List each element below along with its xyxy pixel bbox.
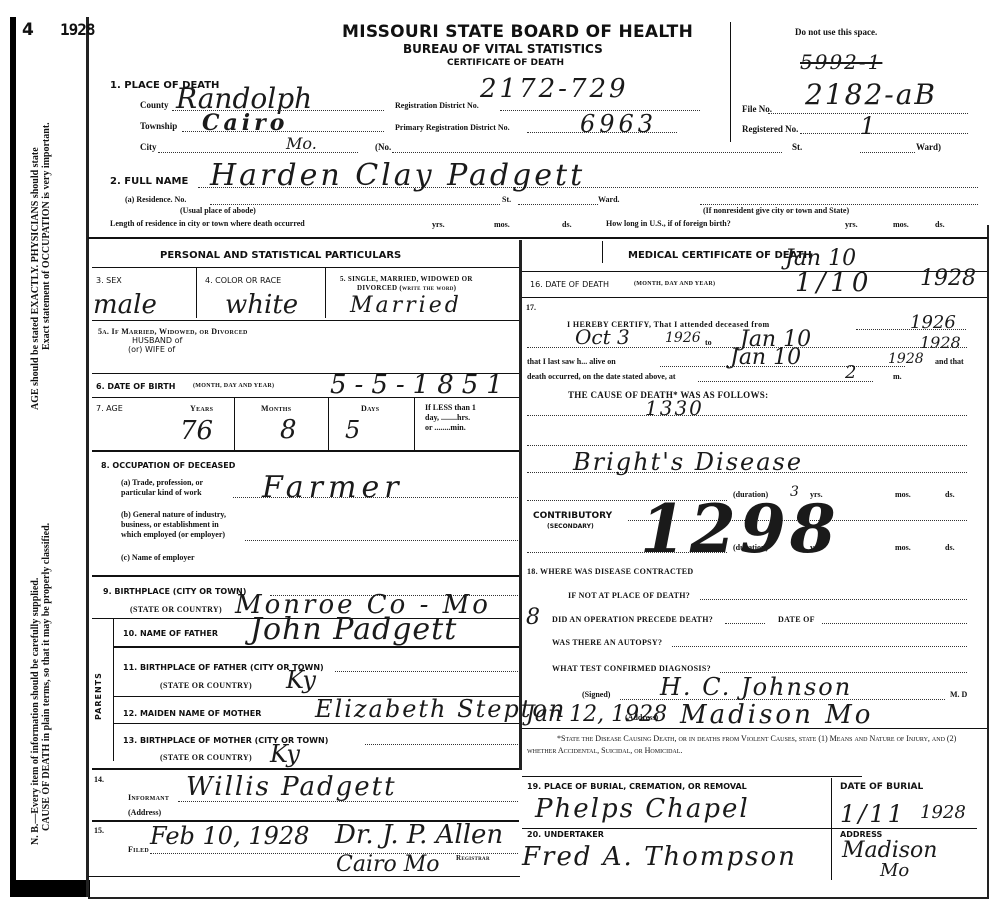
file-number-value: 2182-aB [805, 78, 937, 111]
death-occurred-label: death occurred, on the date stated above… [527, 372, 676, 381]
dod-label: 16. DATE OF DEATH [530, 280, 609, 289]
undertaker-address-state: Mo [880, 860, 909, 881]
mother-maiden-name-label: 12. MAIDEN NAME OF MOTHER [123, 709, 261, 718]
cause-value: Bright's Disease [573, 448, 803, 476]
registrar-name-value: Dr. J. P. Allen [335, 820, 503, 850]
burial-place-label: 19. PLACE OF BURIAL, CREMATION, OR REMOV… [527, 782, 747, 791]
full-name-label: 2. FULL NAME [110, 176, 188, 187]
father-name-value: John Padgett [250, 612, 457, 647]
personal-section-title: PERSONAL AND STATISTICAL PARTICULARS [160, 250, 401, 261]
informant-label: Informant [128, 793, 169, 802]
st-label: St. [792, 142, 802, 152]
attended-from-date: Oct 3 [575, 325, 630, 349]
registrar-address-value: Cairo Mo [336, 852, 440, 877]
margin-note-bottom: N. B.—Every item of information should b… [30, 415, 52, 845]
file-number-struck: 5992-1 [800, 50, 882, 74]
father-birthplace-value: Ky [286, 666, 316, 694]
header-divider [730, 22, 731, 142]
burial-place-value: Phelps Chapel [535, 794, 750, 824]
undertaker-value: Fred A. Thompson [522, 842, 797, 872]
marital-status-value: Married [350, 293, 462, 318]
cause-footnote: *State the Disease Causing Death, or in … [527, 733, 977, 757]
classification-stamp: 1298 [640, 490, 840, 568]
certificate-title: CERTIFICATE OF DEATH [447, 58, 564, 68]
informant-value: Willis Padgett [186, 772, 397, 802]
registration-district-value: 2172-729 [480, 74, 629, 104]
ward-label: Ward) [916, 142, 941, 152]
last-saw-label: that I last saw h... alive on [527, 357, 616, 366]
father-name-label: 10. NAME OF FATHER [123, 629, 218, 638]
cause-code-value: 1330 [645, 396, 704, 420]
attended-from-year-hw: 1926 [910, 312, 956, 333]
burial-date-label: DATE OF BURIAL [840, 782, 923, 792]
undertaker-label: 20. UNDERTAKER [527, 830, 604, 839]
last-saw-year: 1928 [888, 351, 924, 367]
abode-note: (Usual place of abode) [180, 206, 256, 215]
no-label: (No. [375, 142, 391, 152]
operation-label: DID AN OPERATION PRECEDE DEATH? [552, 615, 713, 624]
age-years-value: 76 [180, 416, 213, 446]
registrar-label: Registrar [456, 854, 490, 862]
race-value: white [225, 290, 298, 320]
bureau-title: BUREAU OF VITAL STATISTICS [403, 42, 603, 56]
form-left-border [86, 17, 89, 897]
contributory-label: CONTRIBUTORY [533, 511, 612, 521]
registered-number-value: 1 [860, 112, 875, 140]
autopsy-label: WAS THERE AN AUTOPSY? [552, 638, 662, 647]
year-stamp: 1928 [60, 20, 95, 39]
employer-label: (c) Name of employer [121, 553, 195, 562]
burial-date-value: 1/11 [840, 800, 906, 828]
birthplace-label: 9. BIRTHPLACE (CITY OR TOWN) [103, 587, 246, 596]
age-days-value: 5 [345, 416, 360, 444]
registered-number-label: Registered No. [742, 124, 798, 134]
length-residence-label: Length of residence in city or town wher… [110, 219, 305, 228]
attended-to-year: 1928 [920, 333, 961, 352]
column-divider [519, 240, 522, 770]
age-label: 7. AGE [96, 404, 123, 413]
attended-from-year: 1926 [665, 330, 701, 346]
signed-label: (Signed) [582, 690, 610, 699]
sex-label: 3. SEX [96, 276, 122, 285]
marital-label: 5. SINGLE, MARRIED, WIDOWED OR [340, 275, 473, 283]
margin-note-top: AGE should be stated EXACTLY. PHYSICIANS… [30, 70, 52, 410]
dod-value: 1/10 [795, 268, 873, 298]
parents-label: PARENTS [94, 672, 103, 720]
filed-date-value: Feb 10, 1928 [150, 822, 309, 850]
race-label: 4. COLOR OR RACE [205, 276, 281, 285]
margin-mark: 8 [526, 605, 540, 630]
spouse-label: 5a. If Married, Widowed, or Divorced [98, 327, 248, 336]
dob-value: 5-5-1851 [330, 370, 511, 400]
do-not-use-note: Do not use this space. [795, 27, 877, 37]
filed-label: Filed [128, 845, 149, 854]
form-bottom-border [88, 897, 989, 899]
form-right-border [987, 225, 989, 897]
dod-year-value: 1928 [920, 266, 976, 291]
test-confirmed-label: WHAT TEST CONFIRMED DIAGNOSIS? [552, 664, 711, 673]
physician-signature: H. C. Johnson [660, 673, 852, 701]
section-divider [88, 237, 988, 239]
city-value: Mo. [286, 134, 317, 153]
nonresident-note: (If nonresident give city or town and St… [703, 206, 849, 215]
residence-label: (a) Residence. No. [125, 195, 186, 204]
township-label: Township [140, 121, 177, 131]
county-label: County [140, 100, 169, 110]
city-label: City [140, 142, 157, 152]
full-name-value: Harden Clay Padgett [210, 158, 585, 193]
left-margin-bar [10, 17, 16, 897]
mother-birthplace-value: Ky [270, 740, 300, 768]
sex-value: male [93, 290, 157, 320]
township-value: Cairo [202, 110, 288, 136]
occupation-value: Farmer [262, 470, 404, 505]
dob-label: 6. DATE OF BIRTH [96, 382, 175, 391]
page-number: 4 [22, 20, 34, 40]
burial-year-value: 1928 [920, 802, 966, 823]
last-saw-date: Jan 10 [730, 345, 801, 370]
page-title: MISSOURI STATE BOARD OF HEALTH [342, 22, 693, 42]
primary-registration-label: Primary Registration District No. [395, 123, 510, 132]
physician-address-value: Madison Mo [680, 700, 873, 730]
foreign-birth-label: How long in U.S., if of foreign birth? [606, 219, 731, 228]
where-contracted-label: 18. WHERE WAS DISEASE CONTRACTED [527, 567, 693, 576]
occupation-label: 8. OCCUPATION OF DECEASED [101, 461, 235, 470]
primary-registration-value: 6963 [580, 110, 657, 138]
registration-district-label: Registration District No. [395, 101, 479, 110]
death-time-value: 2 [845, 362, 856, 383]
age-months-value: 8 [280, 415, 297, 445]
